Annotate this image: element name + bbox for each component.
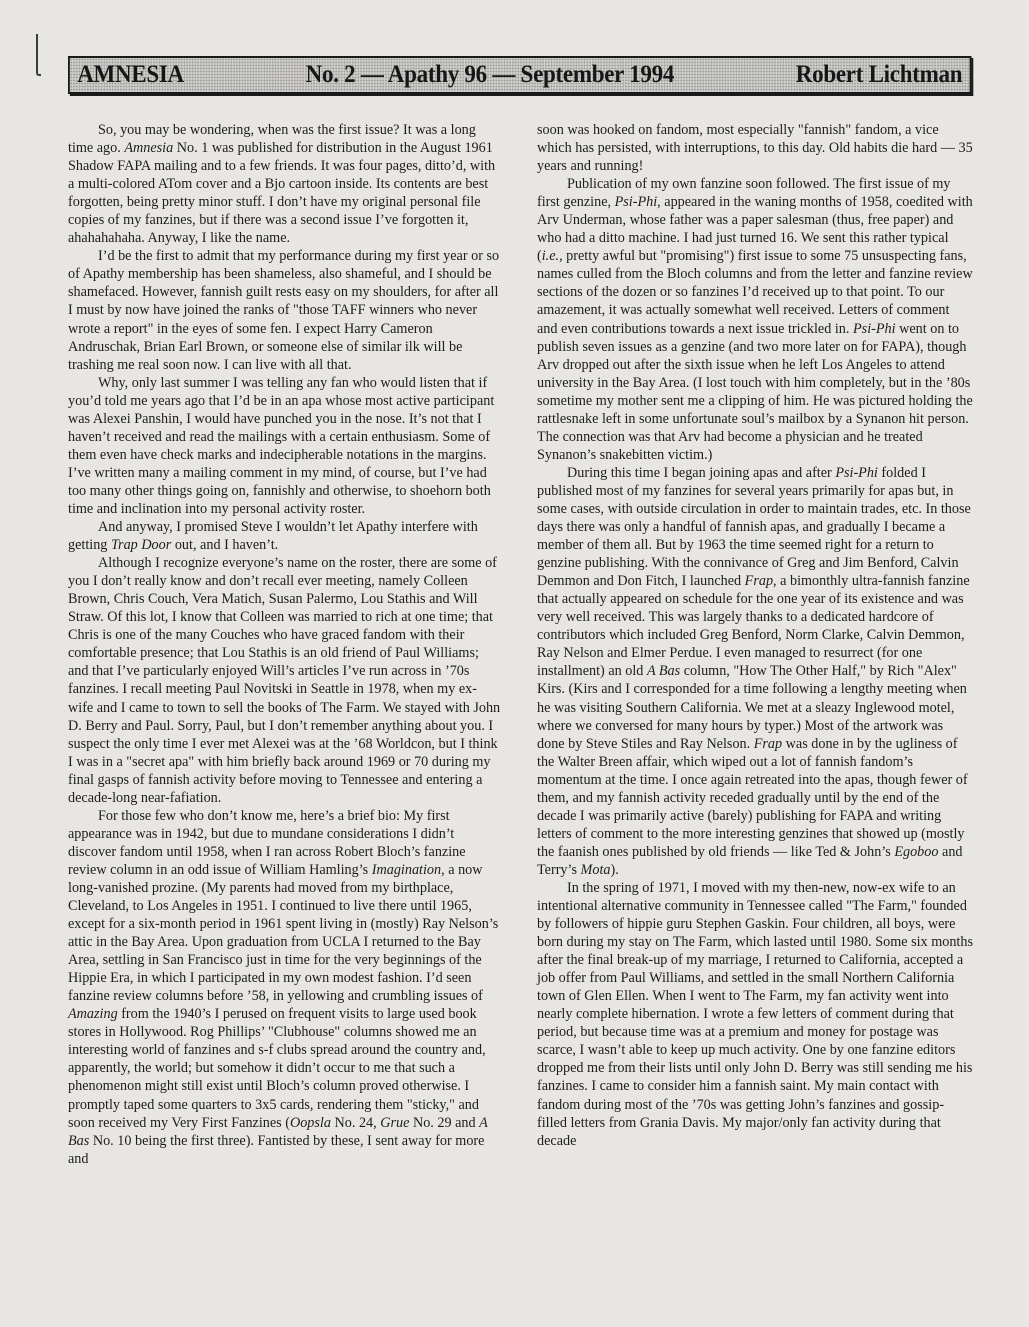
text-run: No. 29 and [409, 1115, 479, 1131]
italic-title: Imagination [372, 862, 441, 878]
italic-title: A Bas [647, 663, 680, 679]
italic-title: Oopsla [290, 1115, 331, 1131]
italic-title: Amnesia [124, 140, 173, 156]
body-paragraph: I’d be the first to admit that my perfor… [68, 247, 502, 373]
text-run: went on to publish seven issues as a gen… [537, 321, 973, 463]
margin-binding-mark [36, 34, 41, 76]
body-paragraph: So, you may be wondering, when was the f… [68, 121, 502, 247]
italic-title: Psi-Phi [615, 194, 658, 210]
text-run: , a now long-vanished prozine. (My paren… [68, 862, 498, 1004]
body-paragraph: In the spring of 1971, I moved with my t… [537, 879, 973, 1150]
italic-title: Trap Door [111, 537, 171, 553]
left-column: So, you may be wondering, when was the f… [68, 121, 502, 1168]
masthead-banner: AMNESIA No. 2 — Apathy 96 — September 19… [68, 56, 971, 94]
italic-title: i.e., [542, 248, 563, 264]
text-run: During this time I began joining apas an… [567, 465, 835, 481]
text-run: soon was hooked on fandom, most especial… [537, 122, 973, 174]
right-column: soon was hooked on fandom, most especial… [537, 121, 973, 1150]
italic-title: Frap [745, 573, 773, 589]
text-run: Why, only last summer I was telling any … [68, 375, 494, 517]
publication-title: AMNESIA [77, 61, 184, 89]
body-paragraph: During this time I began joining apas an… [537, 464, 973, 879]
italic-title: Psi-Phi [853, 321, 896, 337]
body-paragraph: Why, only last summer I was telling any … [68, 374, 502, 518]
text-run: ). [610, 862, 618, 878]
text-run: In the spring of 1971, I moved with my t… [537, 880, 973, 1149]
italic-title: Frap [754, 736, 782, 752]
italic-title: Egoboo [894, 844, 938, 860]
italic-title: Amazing [68, 1006, 118, 1022]
text-run: No. 24, [331, 1115, 380, 1131]
italic-title: Grue [380, 1115, 409, 1131]
text-run: Although I recognize everyone’s name on … [68, 555, 500, 806]
body-paragraph: For those few who don’t know me, here’s … [68, 807, 502, 1168]
body-paragraph: Although I recognize everyone’s name on … [68, 554, 502, 807]
body-paragraph: And anyway, I promised Steve I wouldn’t … [68, 518, 502, 554]
author-name: Robert Lichtman [796, 61, 962, 89]
body-paragraph: soon was hooked on fandom, most especial… [537, 121, 973, 175]
italic-title: Mota [581, 862, 611, 878]
text-run: No. 10 being the first three). Fantisted… [68, 1133, 484, 1167]
text-run: from the 1940’s I perused on frequent vi… [68, 1006, 486, 1130]
italic-title: Psi-Phi [835, 465, 878, 481]
text-run: I’d be the first to admit that my perfor… [68, 248, 499, 372]
text-run: folded I published most of my fanzines f… [537, 465, 971, 589]
body-paragraph: Publication of my own fanzine soon follo… [537, 175, 973, 464]
text-run: was done in by the ugliness of the Walte… [537, 736, 968, 860]
text-run: out, and I haven’t. [171, 537, 278, 553]
issue-info: No. 2 — Apathy 96 — September 1994 [306, 61, 674, 89]
